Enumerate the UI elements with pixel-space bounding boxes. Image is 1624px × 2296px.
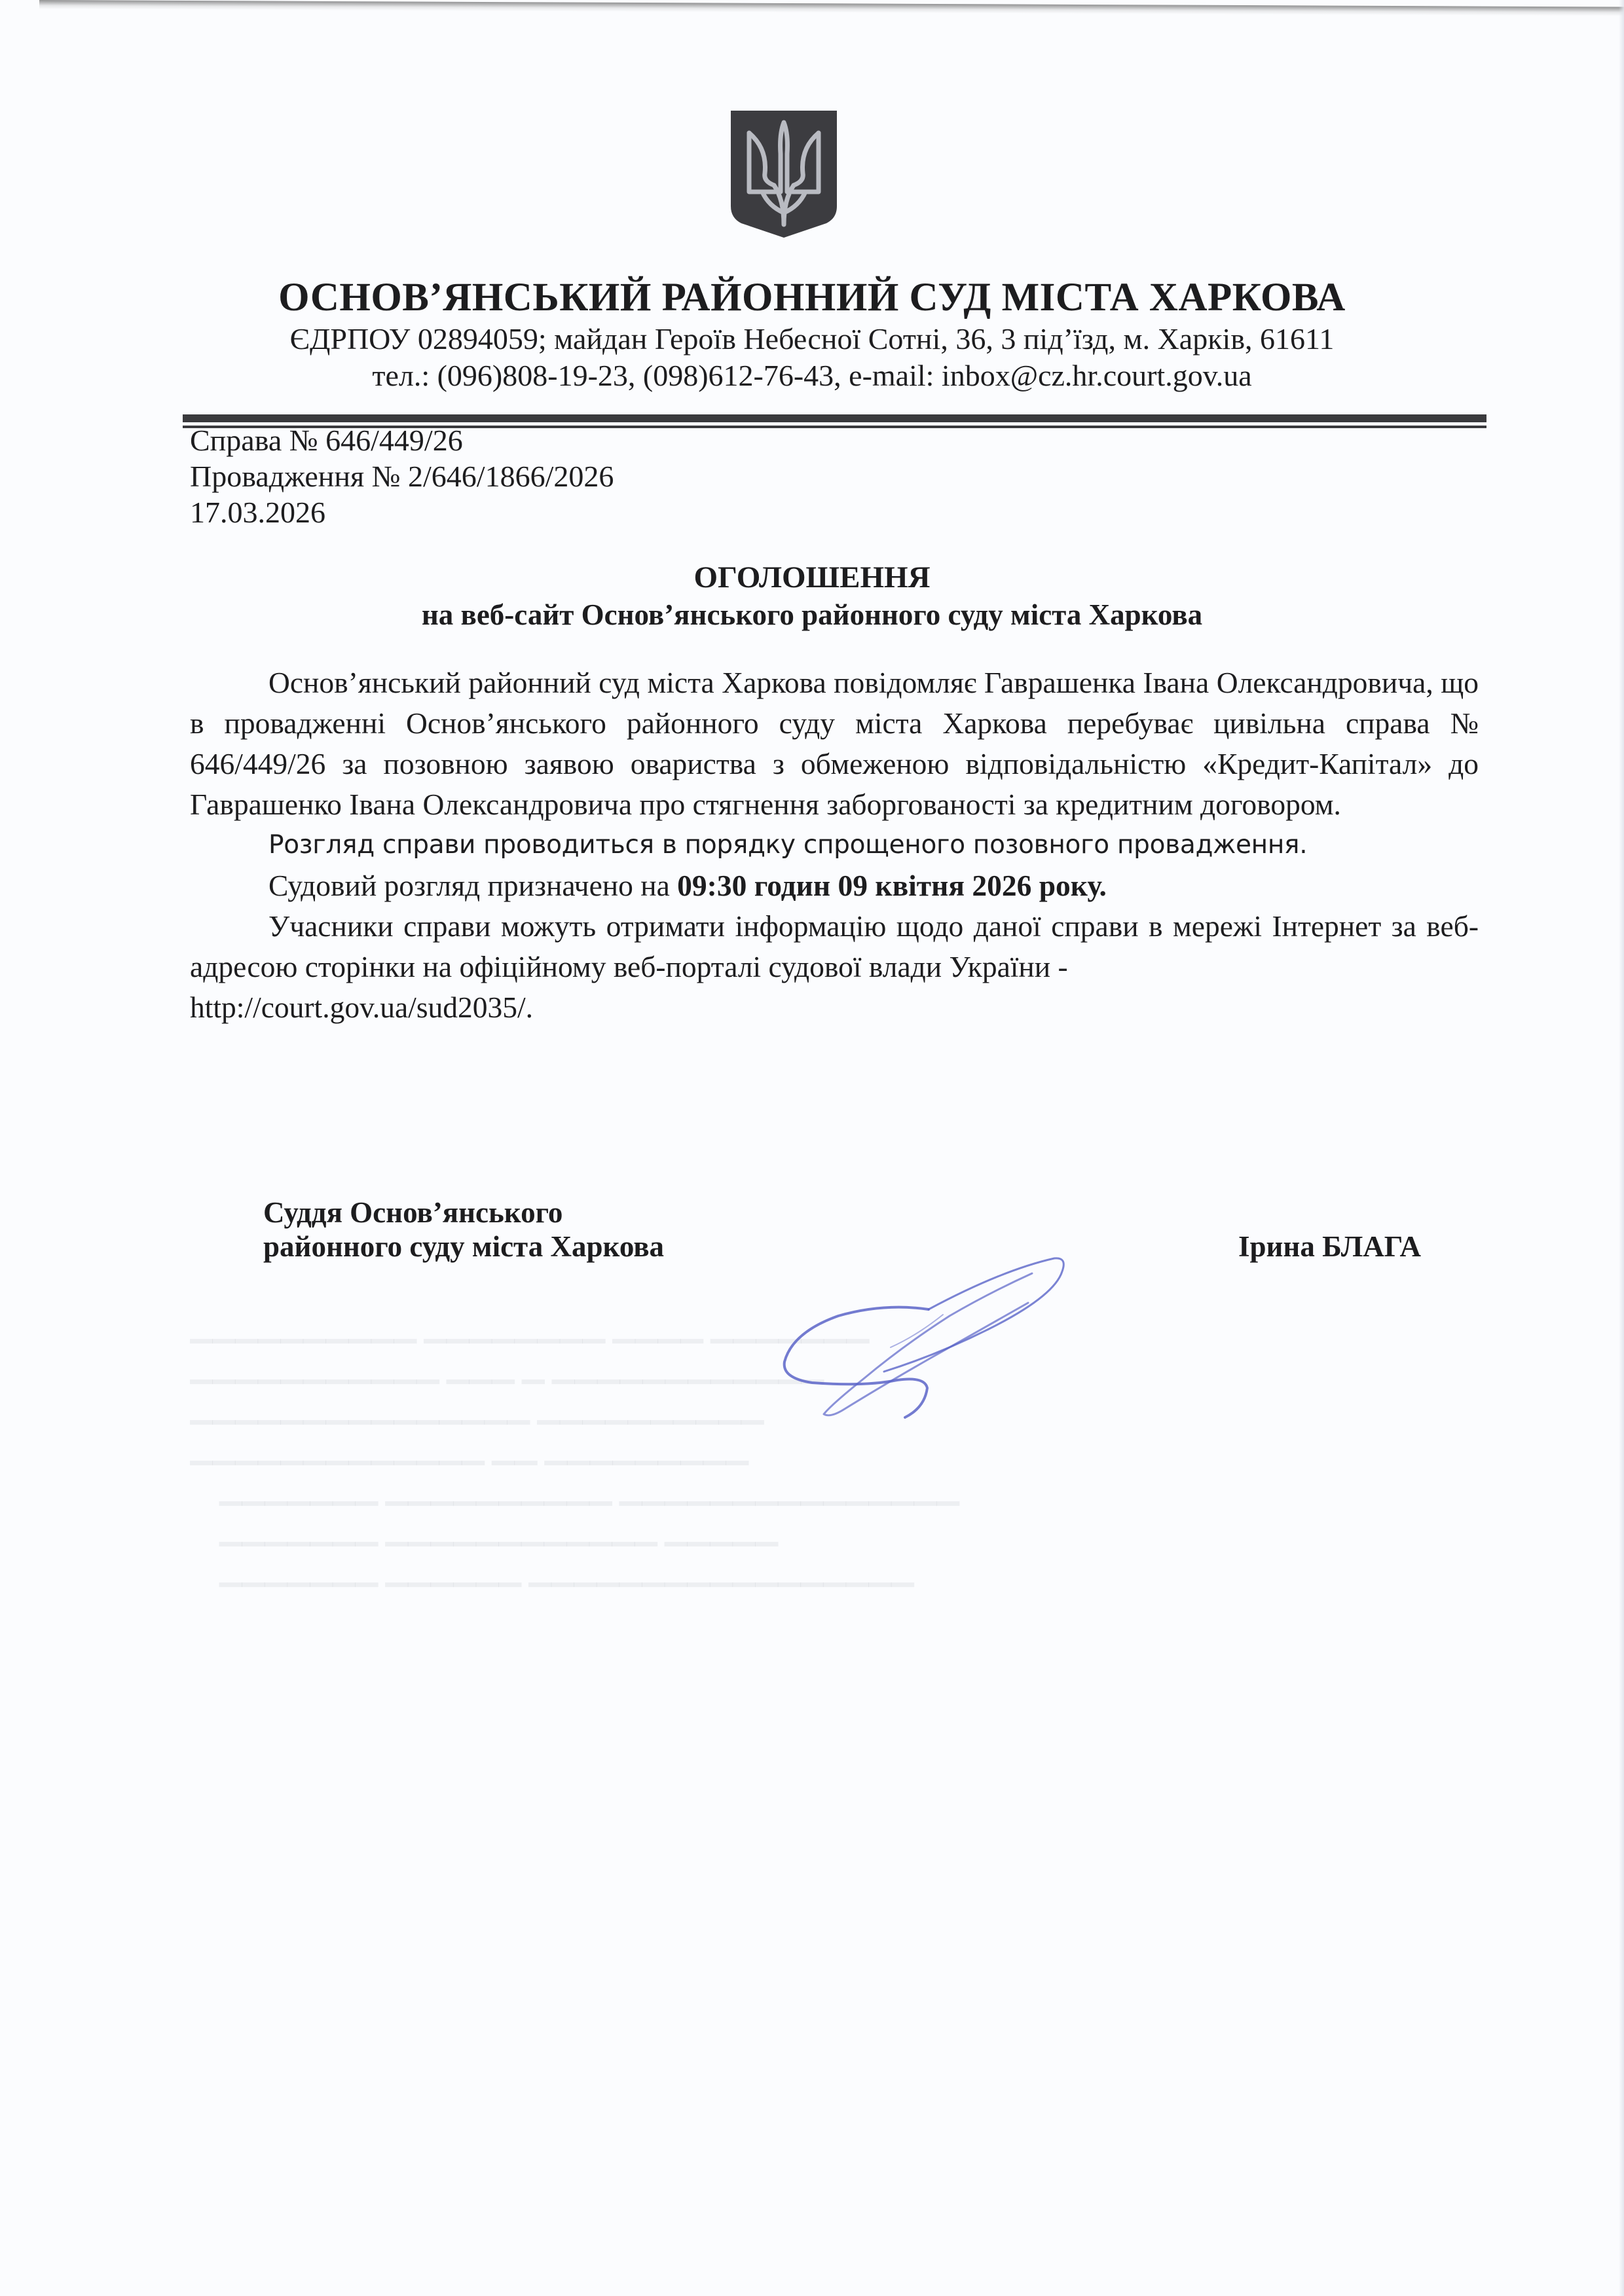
court-portal-url[interactable]: http://court.gov.ua/sud2035/. bbox=[190, 987, 1479, 1028]
judge-name: Ірина БЛАГА bbox=[1205, 1230, 1421, 1264]
court-contacts: тел.: (096)808-19-23, (098)612-76-43, e-… bbox=[0, 357, 1624, 394]
handwritten-signature-icon bbox=[753, 1231, 1113, 1453]
coat-of-arms-icon bbox=[728, 108, 840, 239]
announcement-body: Основ’янський районний суд міста Харкова… bbox=[190, 663, 1479, 1028]
judge-title-line1: Суддя Основ’янського bbox=[263, 1195, 664, 1230]
hearing-datetime: 09:30 годин 09 квітня 2026 року. bbox=[677, 869, 1107, 902]
case-number: Справа № 646/449/26 bbox=[190, 422, 614, 458]
court-name: ОСНОВ’ЯНСЬКИЙ РАЙОННИЙ СУД МІСТА ХАРКОВА bbox=[0, 275, 1624, 321]
scan-edge-shadow bbox=[39, 0, 1624, 16]
document-title: ОГОЛОШЕННЯ bbox=[0, 560, 1624, 595]
case-info: Справа № 646/449/26 Провадження № 2/646/… bbox=[190, 422, 614, 530]
proceeding-number: Провадження № 2/646/1866/2026 bbox=[190, 458, 614, 494]
document-subtitle: на веб-сайт Основ’янського районного суд… bbox=[0, 597, 1624, 632]
paragraph-procedure: Розгляд справи проводиться в порядку спр… bbox=[190, 825, 1479, 866]
judge-title-line2: районного суду міста Харкова bbox=[263, 1230, 664, 1264]
court-address: ЄДРПОУ 02894059; майдан Героїв Небесної … bbox=[0, 321, 1624, 357]
document-date: 17.03.2026 bbox=[190, 494, 614, 530]
hearing-label: Судовий розгляд призначено на bbox=[268, 869, 677, 902]
paragraph-info: Учасники справи можуть отримати інформац… bbox=[190, 906, 1479, 987]
header-rule-thick bbox=[183, 414, 1486, 422]
judge-title: Суддя Основ’янського районного суду міст… bbox=[263, 1195, 664, 1264]
paragraph-notice: Основ’янський районний суд міста Харкова… bbox=[190, 663, 1479, 825]
paragraph-hearing-date: Судовий розгляд призначено на 09:30 годи… bbox=[190, 866, 1479, 906]
